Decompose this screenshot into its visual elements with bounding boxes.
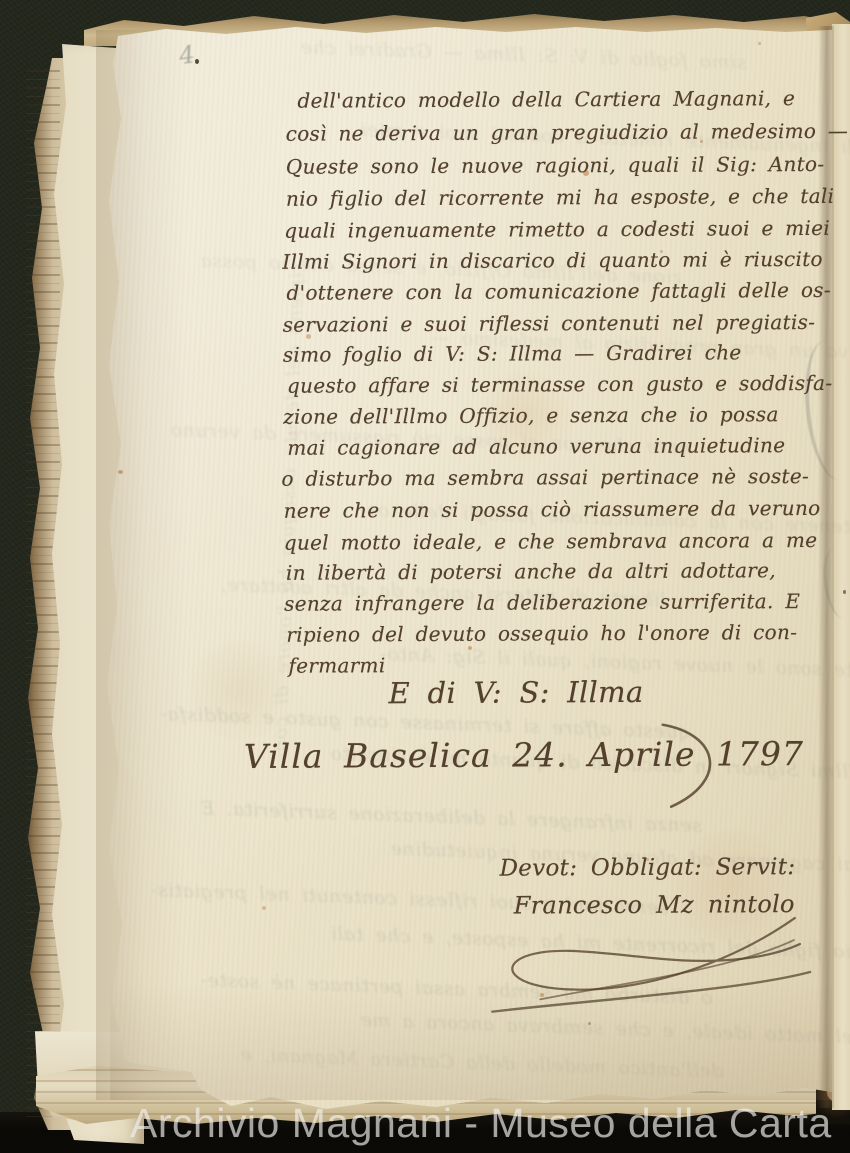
letter-line: ripieno del devuto ossequio ho l'onore d… [286,620,797,647]
letter-line: Illmi Signori in discarico di quanto mi … [282,247,823,274]
letter-line: quali ingenuamente rimetto a codesti suo… [284,216,830,243]
letter-line: nio figlio del ricorrente mi ha esposte,… [286,184,834,211]
letter-line: nere che non si possa ciò riassumere da … [284,496,821,523]
letter-line: quel motto ideale, e che sembrava ancora… [284,528,818,555]
letter-line: senza infrangere la deliberazione surrif… [284,589,800,616]
signature-flourish [480,900,821,1022]
date-flourish [649,718,734,814]
letter-line: dell'antico modello della Cartiera Magna… [297,86,795,113]
signature-title: Devot: Obbligat: Servit: [499,854,795,882]
page-number: 4 [177,40,196,70]
letter-line: d'ottenere con la comunicazione fattagli… [286,278,831,305]
letter-closing-word: fermarmi [288,653,385,678]
letter-line: mai cagionare ad alcuno veruna inquietud… [287,433,785,460]
letter-line: zione dell'Illmo Offizio, e senza che io… [283,402,779,429]
letter-line: così ne deriva un gran pregiudizio al me… [286,119,849,146]
letter-line: o disturbo ma sembra assai pertinace nè … [281,464,809,491]
letter-line: in libertà di potersi anche da altri ado… [286,558,776,585]
letter-line: servazioni e suoi riflessi contenuti nel… [283,310,816,337]
letter-salutation: E di V: S: Illma [389,675,644,710]
archive-watermark: Archivio Magnani - Museo della Carta [130,1100,832,1147]
letter-text: 4 dell'antico modello della Cartiera Mag… [0,0,850,1153]
letter-line: simo foglio di V: S: Illma — Gradirei ch… [283,340,742,366]
letter-line: Queste sono le nuove ragioni, quali il S… [286,152,825,179]
manuscript-scan: simo foglio di V: S: Illma — Gradirei ch… [0,0,850,1153]
letter-line: questo affare si terminasse con gusto e … [287,371,832,398]
